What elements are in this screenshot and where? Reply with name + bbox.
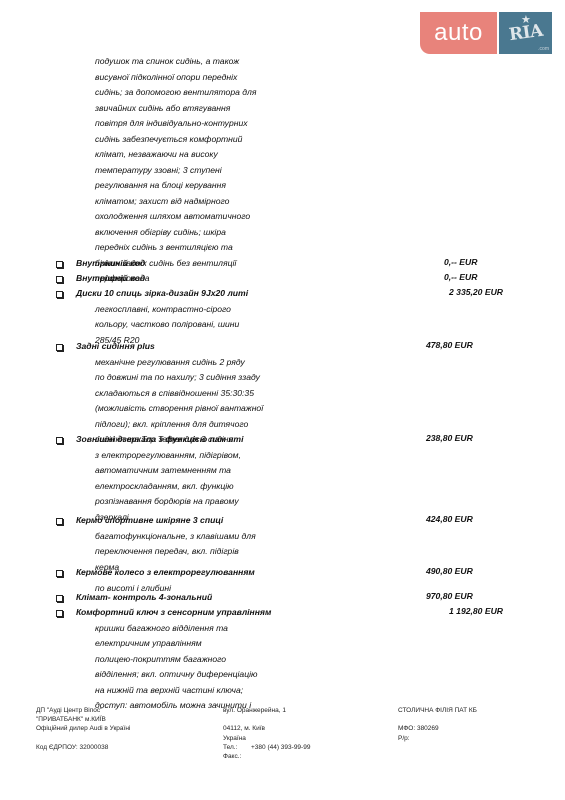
item-price: 970,80 EUR (426, 591, 473, 601)
checkbox-bullet-icon (56, 291, 63, 298)
item-title: Кермо спортивне шкіряне 3 спиці (76, 513, 223, 529)
footer-address-line: Факс.: (223, 752, 241, 761)
item-description-line: автоматичним затемненням та (95, 463, 231, 479)
description-line: передніх сидінь з вентиляцією та (95, 240, 233, 256)
autoria-logo: auto ★ RIA .com (420, 12, 552, 54)
checkbox-bullet-icon (56, 276, 63, 283)
item-description-line: полицею-покриттям багажного (95, 652, 226, 668)
logo-suffix: .com (538, 46, 549, 52)
footer-company-line: Офіційний дилер Audi в Україні (36, 724, 130, 733)
item-title: Диски 10 спиць зірка-дизайн 9Jx20 литі (76, 286, 248, 302)
footer-address-line: вул. Оранжерейна, 1 (223, 706, 286, 715)
item-price: 490,80 EUR (426, 566, 473, 576)
item-price: 478,80 EUR (426, 340, 473, 350)
item-description-line: розпізнавання бордюрів на правому (95, 494, 239, 510)
footer-bank-line: СТОЛИЧНА ФІЛІЯ ПАТ КБ (398, 706, 477, 715)
item-price: 0,-- EUR (444, 272, 477, 282)
item-description-line: відділення; вкл. оптичну диференціацію (95, 667, 258, 683)
item-description-line: з електрорегулюванням, підігрівом, (95, 448, 241, 464)
item-description-line: підлоги); вкл. кріплення для дитячого (95, 417, 248, 433)
description-line: повітря для індивідуально-контурних (95, 116, 248, 132)
item-description-line: електроскладанням, вкл. функцію (95, 479, 234, 495)
item-description-line: механічне регулювання сидінь 2 ряду (95, 355, 245, 371)
logo-auto-part: auto (420, 12, 497, 54)
item-title: Внутрішній код (76, 256, 145, 272)
item-description-line: електричним управлінням (95, 636, 202, 652)
item-description-line: легкосплавні, контрастно-сірого (95, 302, 231, 318)
checkbox-bullet-icon (56, 518, 63, 525)
footer-address-line: Тел.: (223, 743, 237, 752)
item-description-line: переключення передач, вкл. підігрів (95, 544, 239, 560)
item-description-line: кольору, частково поліровані, шини (95, 317, 239, 333)
item-price: 0,-- EUR (444, 257, 477, 267)
item-description-line: (можливість створення рівної вантажної (95, 401, 263, 417)
item-title: Задні сидіння plus (76, 339, 155, 355)
description-line: включення обігріву сидінь; шкіра (95, 225, 226, 241)
item-description-line: складаються в співвідношенні 35:30:35 (95, 386, 254, 402)
description-line: охолодження шляхом автоматичного (95, 209, 250, 225)
description-line: температуру ззовні; 3 ступені (95, 163, 222, 179)
logo-ria-text: RIA (507, 21, 543, 46)
item-title: Комфортний ключ з сенсорним управлінням (76, 605, 271, 621)
checkbox-bullet-icon (56, 595, 63, 602)
checkbox-bullet-icon (56, 344, 63, 351)
checkbox-bullet-icon (56, 437, 63, 444)
item-price: 424,80 EUR (426, 514, 473, 524)
footer-address-line: 04112, м. Київ (223, 724, 265, 733)
item-title: Внутрішній код (76, 271, 145, 287)
checkbox-bullet-icon (56, 261, 63, 268)
item-title: Кермове колесо з електрорегулюванням (76, 565, 255, 581)
description-line: кліматом; захист від надмірного (95, 194, 229, 210)
item-price: 1 192,80 EUR (449, 606, 503, 616)
footer-address-line: Україна (223, 734, 246, 743)
item-description-line: кришки багажного відділення та (95, 621, 228, 637)
item-description-line: по довжині та по нахилу; 3 сидіння ззаду (95, 370, 260, 386)
footer-company-line: "ПРИВАТБАНК" м.КИЇВ (36, 715, 106, 724)
logo-ria-part: ★ RIA .com (499, 12, 552, 54)
description-line: клімат, незважаючи на високу (95, 147, 218, 163)
description-line: сидінь; за допомогою вентилятора для (95, 85, 256, 101)
description-line: подушок та спинок сидінь, а також (95, 54, 239, 70)
description-line: сидінь забезпечується комфортний (95, 132, 242, 148)
description-line: висувної підколінної опори передніх (95, 70, 237, 86)
item-price: 238,80 EUR (426, 433, 473, 443)
footer-bank-line: МФО: 380269 (398, 724, 439, 733)
description-line: звичайних сидінь або втягування (95, 101, 230, 117)
description-line: регулювання на блоці керування (95, 178, 226, 194)
item-title: Клімат- контроль 4-зональний (76, 590, 212, 606)
checkbox-bullet-icon (56, 570, 63, 577)
footer-bank-line: Р/р: (398, 734, 410, 743)
item-description-line: на нижній та верхній частині ключа; (95, 683, 243, 699)
footer-company-line: Код ЄДРПОУ: 32000038 (36, 743, 108, 752)
footer-phone: +380 (44) 393-99-99 (251, 743, 310, 752)
item-price: 2 335,20 EUR (449, 287, 503, 297)
item-description-line: багатофункціональне, з клавішами для (95, 529, 256, 545)
checkbox-bullet-icon (56, 610, 63, 617)
item-title: Зовнішні дзеркала з функцією пам яті (76, 432, 243, 448)
footer-company-line: ДП "Ауді Центр Віпос" (36, 706, 102, 715)
